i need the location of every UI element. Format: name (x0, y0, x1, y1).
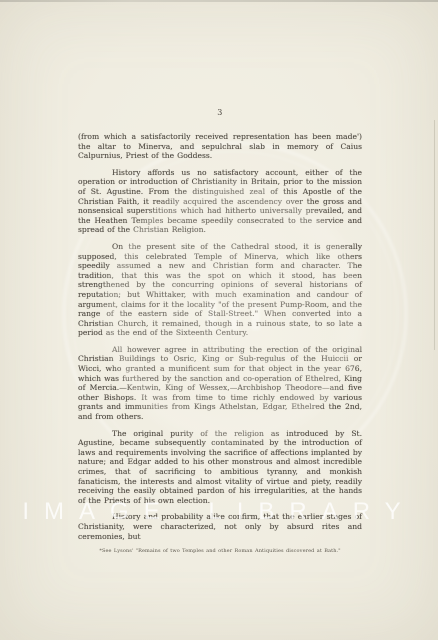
page-edge-shadow (434, 120, 435, 350)
scan-top-edge (0, 0, 438, 2)
page-text-block: (from which a satisfactorily received re… (78, 132, 362, 554)
footnote: *See Lysons' "Remains of two Temples and… (78, 548, 362, 554)
paragraph: History and probability alike confirm, t… (78, 512, 362, 541)
paragraph: History affords us no satisfactory accou… (78, 168, 362, 235)
paragraph: On the present site of the Cathedral sto… (78, 242, 362, 338)
scanned-book-page: 3 (from which a satisfactorily received … (0, 0, 438, 640)
paragraph: (from which a satisfactorily received re… (78, 132, 362, 161)
paragraph: All however agree in attributing the ere… (78, 345, 362, 422)
paragraph: The original purity of the religion as i… (78, 429, 362, 506)
page-number: 3 (78, 108, 362, 117)
